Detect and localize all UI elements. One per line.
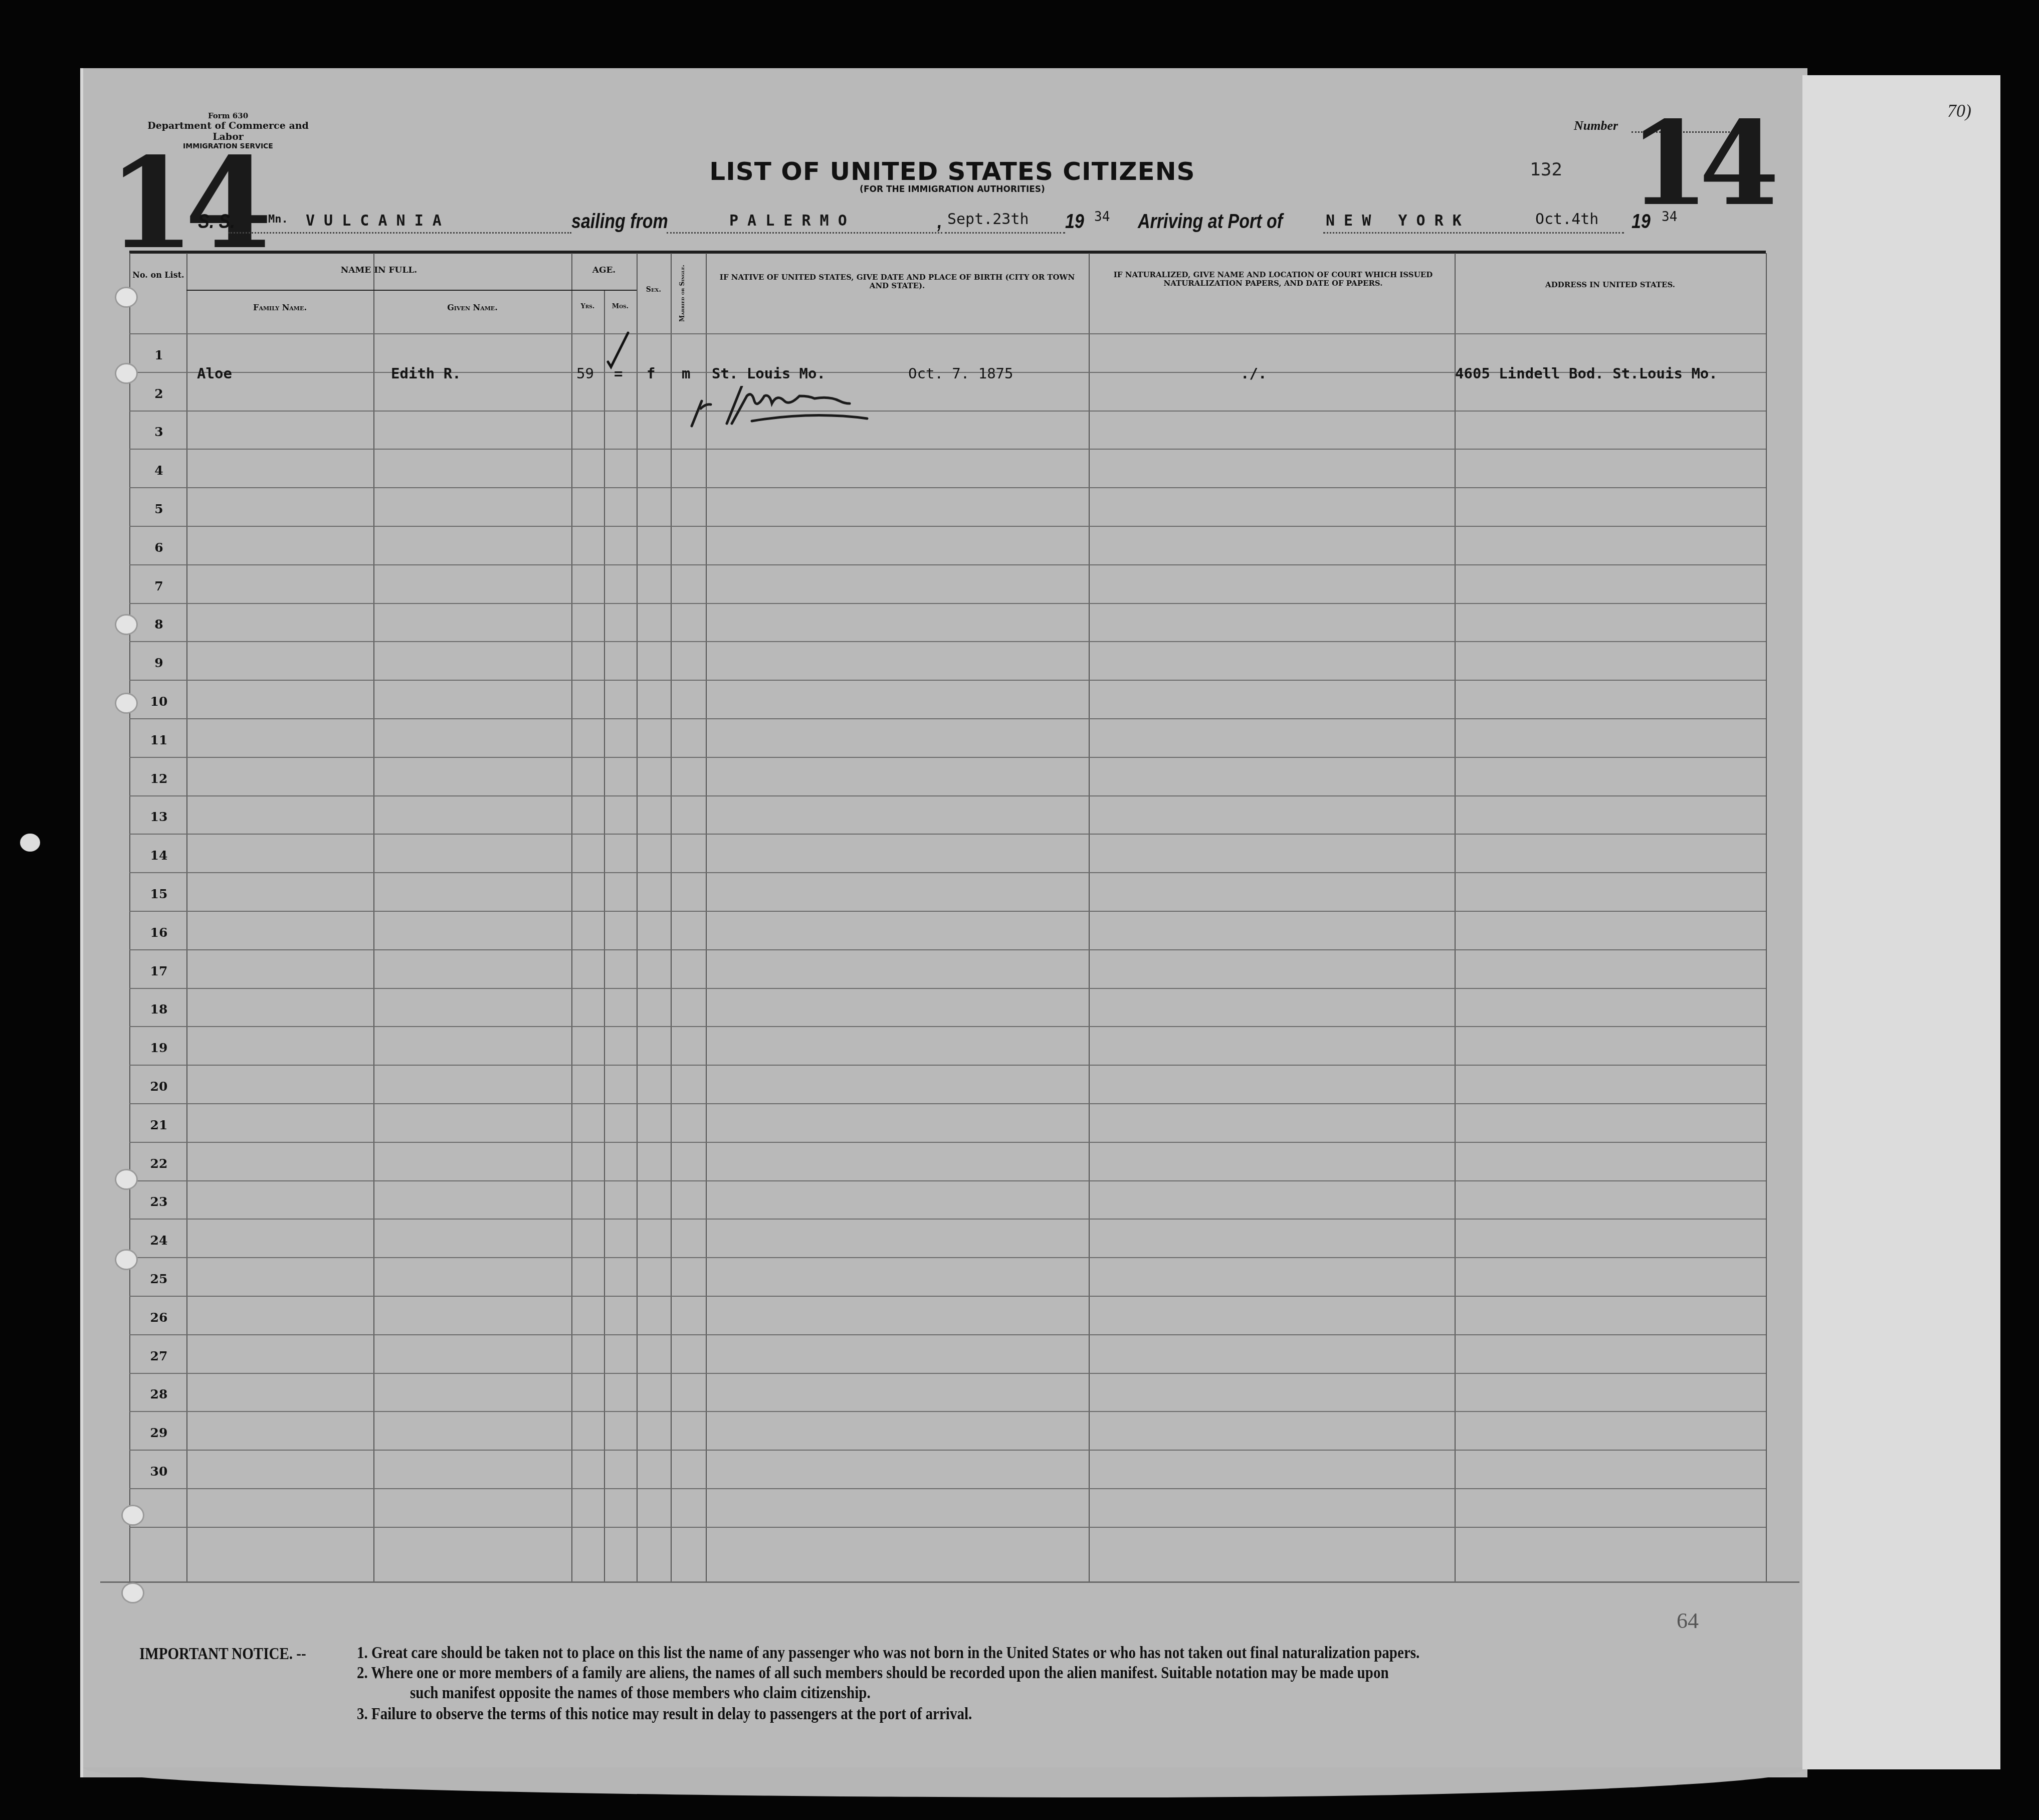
punch-hole — [123, 1584, 143, 1602]
notice-item-1: 1. Great care should be taken not to pla… — [357, 1644, 1419, 1663]
header-naturalized: IF NATURALIZED, GIVE NAME AND LOCATION O… — [1100, 271, 1446, 288]
column-divider — [571, 253, 572, 1581]
row-number: 22 — [130, 1156, 187, 1171]
row-number: 12 — [130, 771, 187, 786]
notice-label: IMPORTANT NOTICE. -- — [139, 1645, 306, 1664]
page-subtitle: (FOR THE IMMIGRATION AUTHORITIES) — [551, 184, 1353, 194]
row-number: 29 — [130, 1426, 187, 1440]
row1-sex: f — [647, 365, 655, 382]
row1-naturalized: ./. — [1241, 365, 1267, 382]
row-divider — [129, 449, 1766, 450]
row-number: 25 — [130, 1272, 187, 1286]
port-from-dotted-line — [667, 232, 942, 234]
header-address: ADDRESS IN UNITED STATES. — [1456, 281, 1764, 289]
row1-birth-date: Oct. 7. 1875 — [908, 365, 1013, 382]
row-number: 15 — [130, 887, 187, 901]
row-divider — [129, 1334, 1766, 1335]
column-divider — [604, 291, 605, 1581]
column-divider — [637, 253, 638, 1581]
row-number: 5 — [130, 502, 187, 516]
punch-hole — [116, 364, 136, 382]
row1-birth-place: St. Louis Mo. — [712, 365, 826, 382]
row-divider — [129, 333, 1766, 334]
row-divider — [129, 487, 1766, 488]
punch-hole — [20, 834, 40, 852]
row-number: 8 — [130, 617, 187, 632]
number-label: Number — [1574, 118, 1618, 133]
row-number: 23 — [130, 1194, 187, 1209]
table-bottom-rule — [100, 1581, 1799, 1583]
punch-hole — [116, 616, 136, 634]
row-number: 10 — [130, 694, 187, 709]
arrival-year-suffix: 34 — [1662, 210, 1677, 225]
header-family-name: Family Name. — [186, 303, 373, 312]
row-divider — [129, 911, 1766, 912]
row-divider — [129, 1527, 1766, 1528]
header-name-in-full: NAME IN FULL. — [186, 266, 571, 276]
row-number: 19 — [130, 1041, 187, 1055]
row-number: 16 — [130, 925, 187, 940]
row-divider — [129, 757, 1766, 758]
ss-label: S. S. — [198, 211, 235, 233]
comma: , — [937, 211, 942, 233]
punch-hole — [116, 288, 136, 306]
row-number: 6 — [130, 540, 187, 555]
column-divider — [706, 253, 707, 1581]
page-title: LIST OF UNITED STATES CITIZENS — [551, 157, 1353, 186]
row-number: 7 — [130, 579, 187, 593]
header-rule — [129, 251, 1766, 254]
manifest-page-number: 132 — [1530, 159, 1562, 180]
row-divider — [129, 603, 1766, 604]
manifest-page — [80, 68, 1807, 1777]
form-number: Form 630 — [145, 111, 311, 120]
row-number: 3 — [130, 425, 187, 439]
ship-name: V U L C A N I A — [306, 212, 442, 230]
row-divider — [129, 872, 1766, 873]
departure-date: Sept.23th — [947, 211, 1029, 228]
row-number: 20 — [130, 1079, 187, 1094]
row-number: 27 — [130, 1349, 187, 1363]
row-divider — [129, 1488, 1766, 1489]
column-divider — [373, 253, 374, 1581]
row-divider — [129, 795, 1766, 796]
row-number: 28 — [130, 1387, 187, 1401]
row-number: 4 — [130, 463, 187, 478]
row-divider — [129, 526, 1766, 527]
row-divider — [129, 988, 1766, 989]
departure-year-suffix: 34 — [1094, 210, 1110, 225]
row-divider — [129, 564, 1766, 565]
column-divider — [186, 253, 187, 1581]
header-sex: Sex. — [637, 286, 671, 294]
list-stamp-right: 14 — [1629, 106, 1769, 222]
sailing-from-label: sailing from — [571, 211, 668, 233]
adjacent-page-edge — [1802, 75, 2000, 1769]
punch-hole — [116, 1170, 136, 1188]
row1-given-name: Edith R. — [391, 365, 461, 382]
row-number: 18 — [130, 1002, 187, 1017]
row-divider — [129, 1296, 1766, 1297]
row-divider — [129, 680, 1766, 681]
row1-age-yrs: 59 — [576, 365, 594, 382]
ship-dotted-line — [228, 232, 571, 234]
row-divider — [129, 1373, 1766, 1374]
row-divider — [129, 1450, 1766, 1451]
arriving-label: Arriving at Port of — [1138, 211, 1283, 233]
row-divider — [129, 1257, 1766, 1258]
header-married-or-single: Married or Single. — [679, 253, 694, 333]
punch-hole — [116, 1251, 136, 1269]
header-given-name: Given Name. — [373, 303, 571, 312]
handwritten-signature — [687, 386, 1028, 431]
punch-hole — [116, 694, 136, 712]
row-number: 24 — [130, 1233, 187, 1248]
departure-year-prefix: 19 — [1065, 211, 1084, 233]
column-divider — [1766, 253, 1767, 1581]
header-age: AGE. — [571, 266, 637, 276]
row-number: 14 — [130, 848, 187, 863]
column-divider — [671, 253, 672, 1581]
page-number: 64 — [1677, 1608, 1699, 1634]
departure-date-dotted-line — [945, 232, 1065, 234]
column-divider — [1089, 253, 1090, 1581]
row-divider — [129, 1026, 1766, 1027]
row-number: 11 — [130, 733, 187, 747]
pencil-annotation: 70) — [1947, 100, 1971, 121]
row-divider — [129, 1411, 1766, 1412]
notice-item-2a: 2. Where one or more members of a family… — [357, 1664, 1389, 1683]
row1-family-name: Aloe — [197, 365, 232, 382]
row-number: 13 — [130, 810, 187, 824]
row-number: 1 — [130, 348, 187, 362]
header-no-on-list: No. on List. — [130, 271, 186, 280]
row-divider — [129, 1065, 1766, 1066]
header-mos: Mos. — [604, 303, 637, 311]
notice-item-3: 3. Failure to observe the terms of this … — [357, 1705, 972, 1724]
row-number: 2 — [130, 386, 187, 401]
row-divider — [129, 641, 1766, 642]
row1-marital: m — [682, 365, 690, 382]
ship-prefix: Mn. — [268, 213, 288, 226]
port-from: P A L E R M O — [729, 212, 847, 230]
port-to-dotted-line — [1323, 232, 1624, 234]
row-number: 9 — [130, 656, 187, 670]
column-divider — [129, 253, 130, 1581]
row-divider — [129, 718, 1766, 719]
row-divider — [129, 1180, 1766, 1181]
arrival-year-prefix: 19 — [1632, 211, 1651, 233]
port-to: N E W Y O R K — [1326, 212, 1462, 230]
row-divider — [129, 1142, 1766, 1143]
row-divider — [129, 834, 1766, 835]
list-stamp-left: 14 — [108, 140, 262, 266]
punch-hole — [123, 1506, 143, 1524]
row-divider — [129, 949, 1766, 950]
row-number: 21 — [130, 1118, 187, 1132]
checkmark-icon — [604, 331, 634, 371]
column-divider — [1455, 253, 1456, 1581]
header-yrs: Yrs. — [571, 303, 604, 311]
row-number: 30 — [130, 1464, 187, 1479]
notice-item-2b: such manifest opposite the names of thos… — [410, 1684, 871, 1703]
row-divider — [129, 1103, 1766, 1104]
header-native-birth: IF NATIVE OF UNITED STATES, GIVE DATE AN… — [717, 273, 1078, 291]
arrival-date: Oct.4th — [1535, 211, 1598, 228]
row-number: 26 — [130, 1310, 187, 1325]
row-number: 17 — [130, 964, 187, 978]
row1-address: 4605 Lindell Bod. St.Louis Mo. — [1455, 365, 1718, 382]
row-divider — [129, 1219, 1766, 1220]
name-age-divider — [186, 290, 637, 291]
